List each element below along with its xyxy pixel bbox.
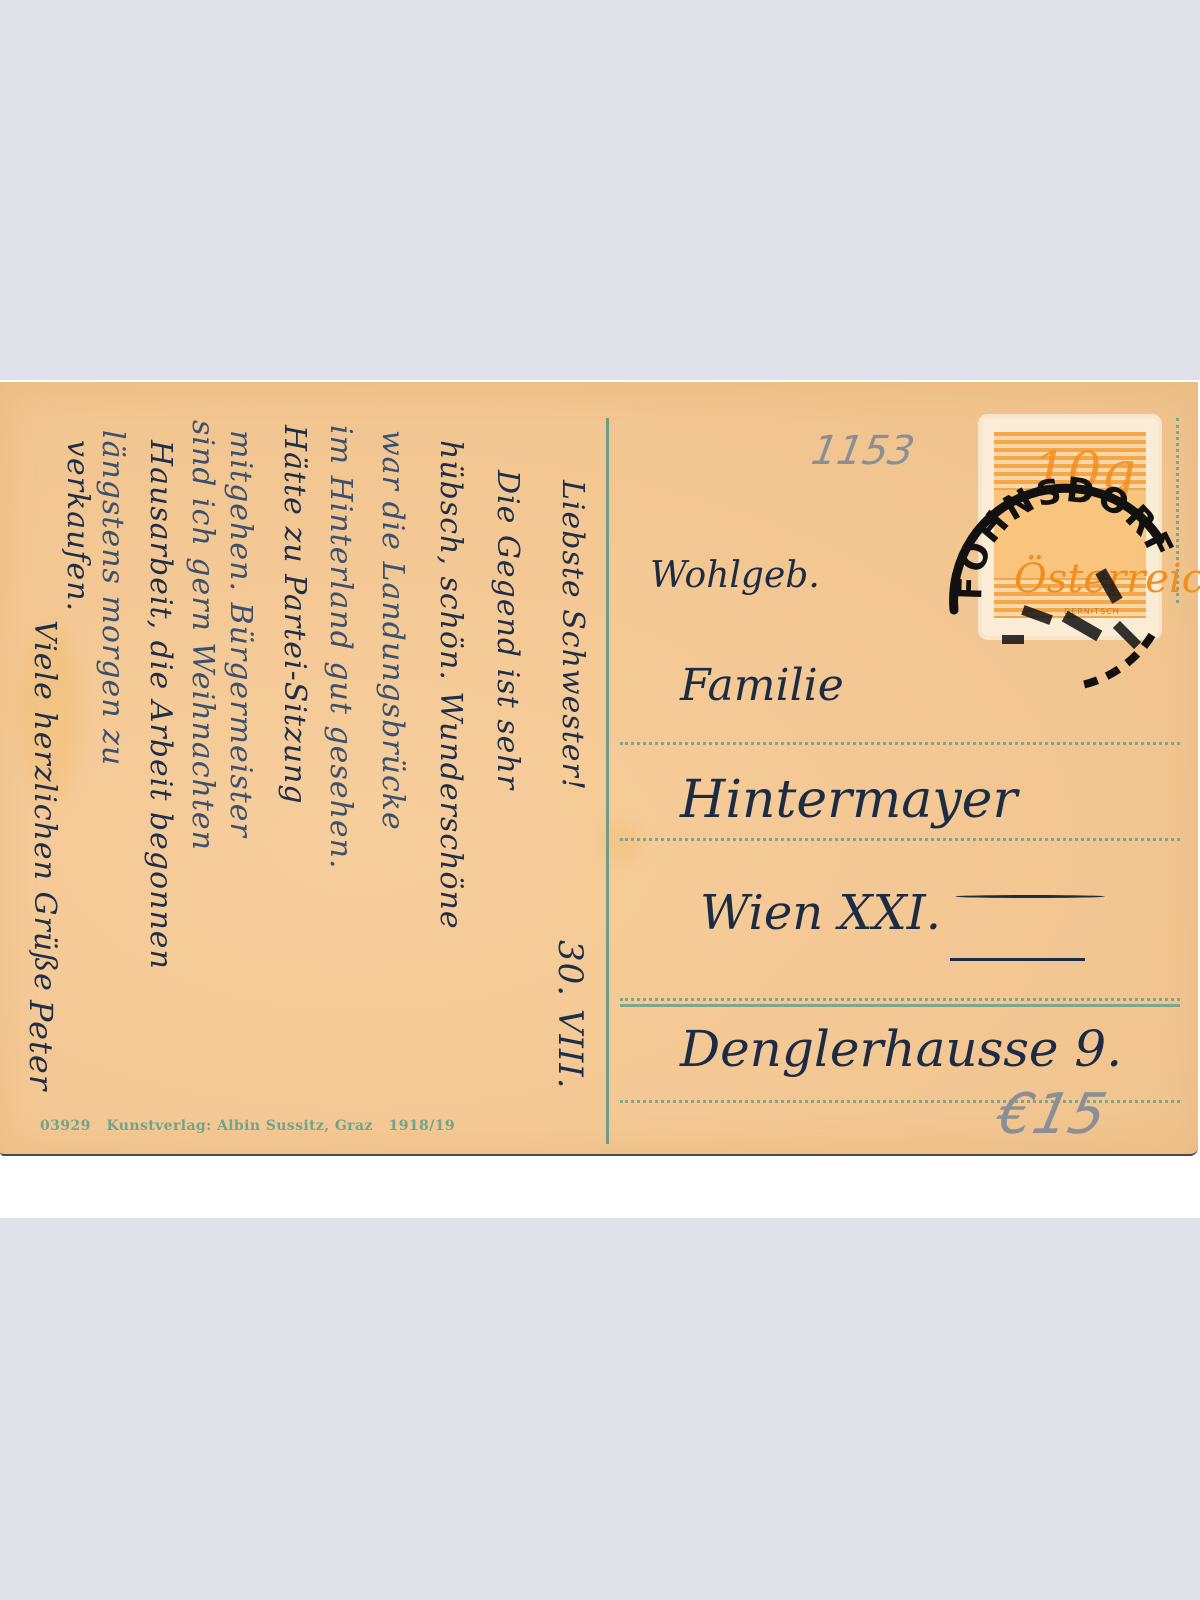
imprint-year: 1918/19 (389, 1118, 455, 1134)
imprint-number: 03929 (40, 1118, 91, 1134)
message-line: Hätte zu Partei-Sitzung (277, 425, 312, 805)
inventory-number: 1153 (808, 428, 918, 474)
address-title: Wohlgeb. (650, 555, 820, 596)
postmark-icon: FOHNSDORF (942, 460, 1182, 700)
address-city: Wien XXI. (700, 885, 941, 941)
address-line1-text: Familie (680, 660, 844, 711)
price-note: €15 (991, 1082, 1112, 1147)
city-overline (955, 895, 1105, 898)
center-divider (606, 418, 609, 1144)
message-line: längstens morgen zu (95, 430, 130, 766)
message-salutation: Liebste Schwester! (555, 480, 590, 791)
message-line: sind ich gern Weihnachten (185, 420, 220, 851)
publisher-imprint: 03929 Kunstverlag: Albin Sussitz, Graz 1… (40, 1118, 455, 1134)
message-line: war die Landungsbrücke (375, 430, 410, 831)
address-street: Denglerhausse 9. (680, 1020, 1122, 1078)
message-date: 30. VIII. (550, 940, 590, 1090)
message-signature: Peter (22, 1000, 60, 1091)
address-line-3 (620, 998, 1180, 1001)
message-line: verkaufen. (60, 440, 95, 612)
message-line: hübsch, schön. Wunderschöne (433, 440, 468, 930)
address-line-1 (620, 742, 1180, 745)
message-line: Die Gegend ist sehr (490, 470, 525, 790)
address-name: Hintermayer (680, 770, 1017, 830)
message-line: Hausarbeit, die Arbeit begonnen (143, 440, 178, 970)
message-line: Viele herzlichen Grüße (27, 620, 62, 992)
address-line-3-solid (620, 1004, 1180, 1007)
message-line: im Hinterland gut gesehen. (323, 425, 358, 870)
message-line: mitgehen. Bürgermeister (223, 430, 258, 838)
city-underline (950, 958, 1085, 961)
imprint-publisher: Kunstverlag: Albin Sussitz, Graz (107, 1118, 373, 1134)
address-line-2 (620, 838, 1180, 841)
